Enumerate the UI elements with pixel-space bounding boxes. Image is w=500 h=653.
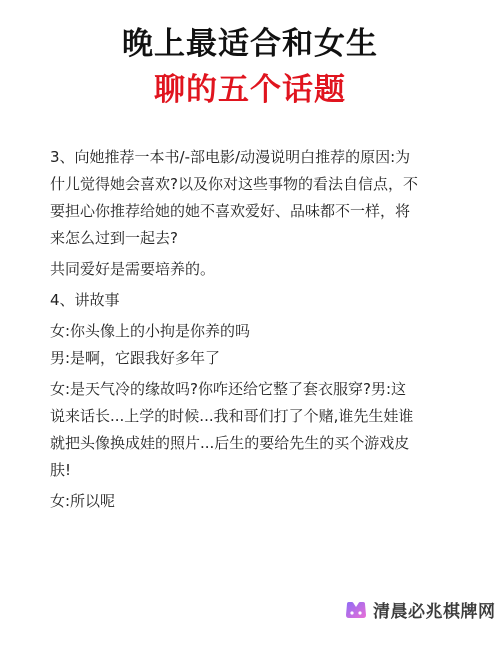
dialogue-line: 男:是啊，它跟我好多年了: [50, 345, 420, 372]
dialogue-line: 女:所以呢: [50, 488, 420, 515]
article-body: 3、向她推荐一本书/-部电影/动漫说明白推荐的原因:为什儿觉得她会喜欢?以及你对…: [50, 144, 420, 515]
watermark-text: 清晨必兆棋牌网: [373, 597, 496, 622]
game-controller-icon: [345, 601, 367, 619]
section-heading-storytelling: 4、讲故事: [50, 287, 420, 314]
dialogue-line: 女:你头像上的小拘是你养的吗: [50, 318, 420, 345]
paragraph-shared-hobbies: 共同爱好是需要培养的。: [50, 256, 420, 283]
page-subtitle: 聊的五个话题: [0, 68, 500, 112]
title-block: 晚上最适合和女生 聊的五个话题: [0, 22, 500, 112]
paragraph-recommend: 3、向她推荐一本书/-部电影/动漫说明白推荐的原因:为什儿觉得她会喜欢?以及你对…: [50, 144, 420, 252]
dialogue-line: 女:是天气冷的缘故吗?你咋还给它整了套衣服穿?男:这说来话长...上学的时候..…: [50, 376, 420, 484]
page-title: 晚上最适合和女生: [0, 22, 500, 66]
watermark: 清晨必兆棋牌网: [345, 597, 496, 622]
